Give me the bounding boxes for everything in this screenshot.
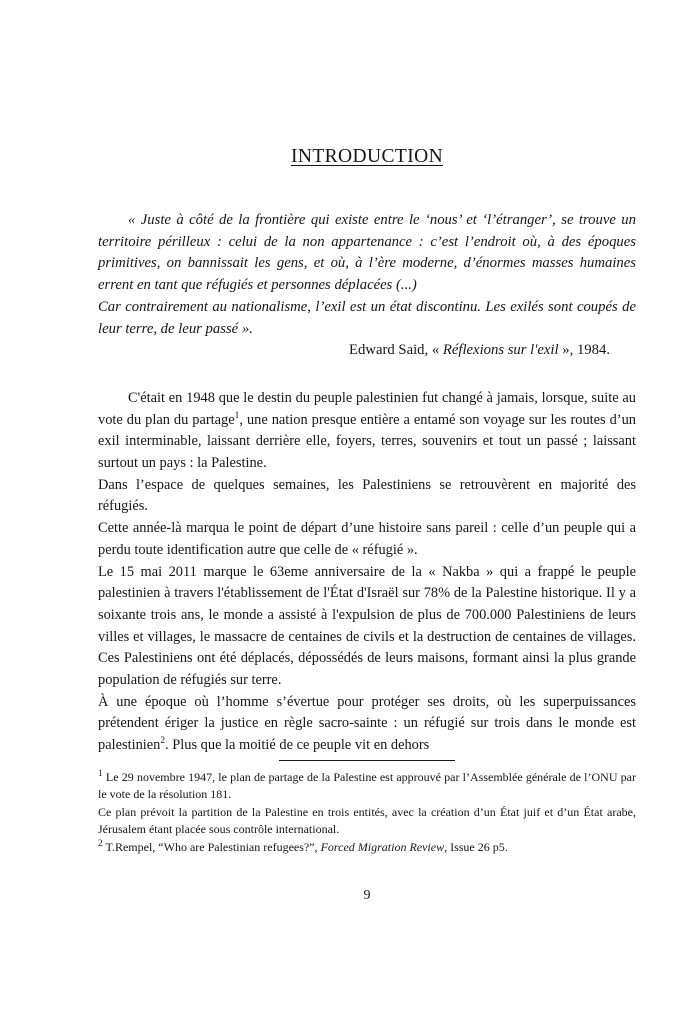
- footnotes: 1 Le 29 novembre 1947, le plan de partag…: [98, 769, 636, 856]
- page-title: INTRODUCTION: [98, 146, 636, 168]
- body-paragraph-2: Dans l’espace de quelques semaines, les …: [98, 475, 636, 518]
- epigraph-paragraph-1: « Juste à côté de la frontière qui exist…: [98, 210, 636, 297]
- footnote-2: 2 T.Rempel, “Who are Palestinian refugee…: [98, 839, 636, 856]
- footnote-2-reference: , Issue 26 p5.: [444, 840, 508, 854]
- page-title-text: INTRODUCTION: [291, 146, 443, 167]
- epigraph-attribution: Edward Said, « Réflexions sur l'exil », …: [98, 340, 636, 362]
- footnote-separator: [279, 760, 455, 761]
- footnote-1-continuation: Ce plan prévoit la partition de la Pales…: [98, 804, 636, 839]
- body-paragraph-5: À une époque où l’homme s’évertue pour p…: [98, 692, 636, 757]
- epigraph-quote: « Juste à côté de la frontière qui exist…: [98, 210, 636, 362]
- footnote-2-text: T.Rempel, “Who are Palestinian refugees?…: [103, 840, 321, 854]
- page-content: INTRODUCTION « Juste à côté de la fronti…: [98, 0, 636, 856]
- page-number: 9: [98, 888, 636, 904]
- footnote-1: 1 Le 29 novembre 1947, le plan de partag…: [98, 769, 636, 804]
- epigraph-paragraph-2: Car contrairement au nationalisme, l’exi…: [98, 297, 636, 340]
- footnote-2-work-title: Forced Migration Review: [321, 840, 445, 854]
- body-paragraph-1: C'était en 1948 que le destin du peuple …: [98, 388, 636, 475]
- body-paragraph-5-run-2: . Plus que la moitié de ce peuple vit en…: [165, 737, 429, 753]
- attribution-year: », 1984.: [559, 342, 610, 358]
- body-text: C'était en 1948 que le destin du peuple …: [98, 388, 636, 757]
- footnote-1-text: Le 29 novembre 1947, le plan de partage …: [98, 770, 636, 801]
- document-page: INTRODUCTION « Juste à côté de la fronti…: [0, 0, 700, 1028]
- attribution-author: Edward Said, «: [349, 342, 443, 358]
- body-paragraph-3: Cette année-là marqua le point de départ…: [98, 518, 636, 561]
- body-paragraph-4: Le 15 mai 2011 marque le 63eme anniversa…: [98, 562, 636, 692]
- attribution-work-title: Réflexions sur l'exil: [443, 342, 559, 358]
